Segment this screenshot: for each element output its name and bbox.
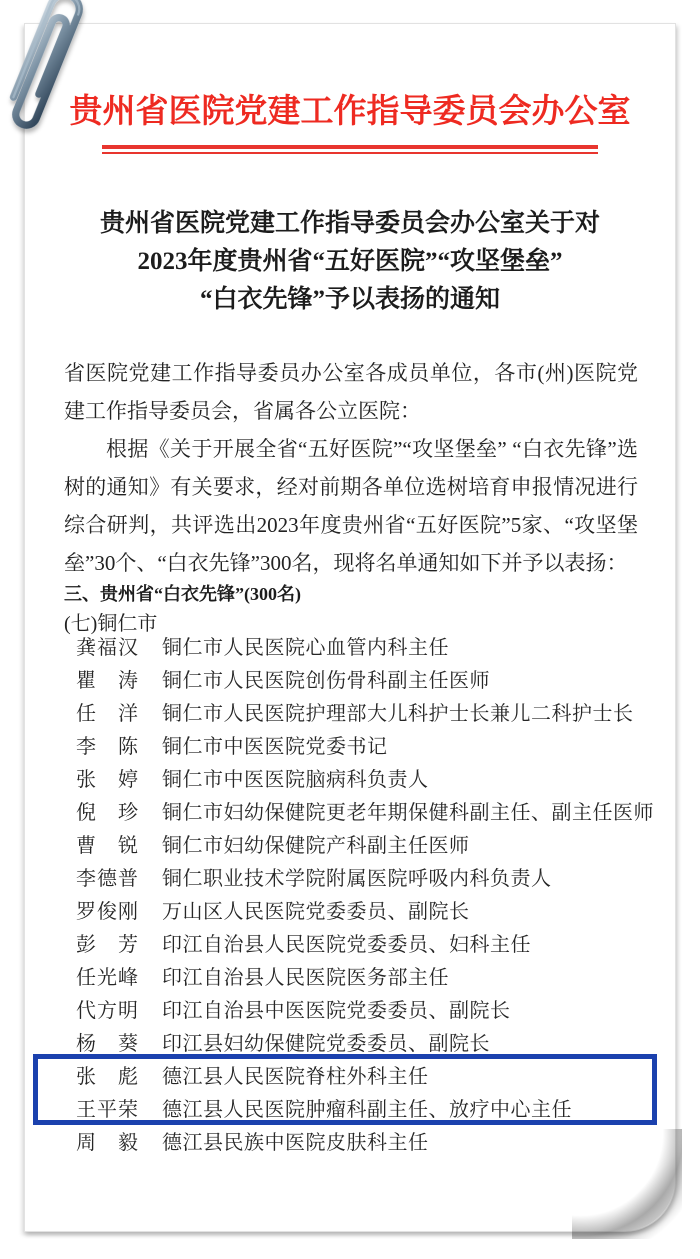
person-position: 印江自治县中医医院党委委员、副院长	[162, 1000, 511, 1022]
person-position: 铜仁市人民医院护理部大儿科护士长兼儿二科护士长	[162, 703, 634, 725]
notice-title-line-3: “白衣先锋”予以表扬的通知	[25, 281, 675, 319]
divider-thin-line	[102, 152, 598, 154]
person-position: 印江自治县人民医院医务部主任	[162, 967, 449, 989]
person-position: 印江县妇幼保健院党委委员、副院长	[162, 1033, 490, 1055]
roster-row: 曹 锐铜仁市妇幼保健院产科副主任医师	[64, 830, 654, 863]
person-name: 张 婷	[76, 764, 142, 797]
roster-row: 李德普铜仁职业技术学院附属医院呼吸内科负责人	[64, 863, 654, 896]
notice-title: 贵州省医院党建工作指导委员会办公室关于对 2023年度贵州省“五好医院”“攻坚堡…	[25, 205, 675, 319]
roster-row: 任 洋铜仁市人民医院护理部大儿科护士长兼儿二科护士长	[64, 698, 654, 731]
roster-row: 倪 珍铜仁市妇幼保健院更老年期保健科副主任、副主任医师	[64, 797, 654, 830]
person-position: 铜仁市人民医院创伤骨科副主任医师	[162, 670, 490, 692]
page-curl	[601, 1157, 675, 1231]
roster-row: 代方明印江自治县中医医院党委委员、副院长	[64, 995, 654, 1028]
roster-row: 周 毅德江县民族中医院皮肤科主任	[64, 1127, 654, 1160]
person-name: 任 洋	[76, 698, 142, 731]
person-position: 铜仁市人民医院心血管内科主任	[162, 637, 449, 659]
roster-row: 瞿 涛铜仁市人民医院创伤骨科副主任医师	[64, 665, 654, 698]
roster-row: 张 彪德江县人民医院脊柱外科主任	[64, 1061, 654, 1094]
body-paragraph: 根据《关于开展全省“五好医院”“攻坚堡垒” “白衣先锋”选树的通知》有关要求，经…	[64, 430, 638, 582]
person-name: 杨 葵	[76, 1028, 142, 1061]
notice-title-line-1: 贵州省医院党建工作指导委员会办公室关于对	[25, 205, 675, 243]
person-position: 德江县民族中医院皮肤科主任	[162, 1132, 429, 1154]
roster-row: 杨 葵印江县妇幼保健院党委委员、副院长	[64, 1028, 654, 1061]
roster-row: 张 婷铜仁市中医医院脑病科负责人	[64, 764, 654, 797]
person-name: 彭 芳	[76, 929, 142, 962]
person-position: 铜仁市中医医院脑病科负责人	[162, 769, 429, 791]
person-name: 张 彪	[76, 1061, 142, 1094]
person-position: 铜仁市妇幼保健院产科副主任医师	[162, 835, 470, 857]
roster-row: 任光峰印江自治县人民医院医务部主任	[64, 962, 654, 995]
roster-row: 龚福汉铜仁市人民医院心血管内科主任	[64, 632, 654, 665]
roster: 龚福汉铜仁市人民医院心血管内科主任瞿 涛铜仁市人民医院创伤骨科副主任医师任 洋铜…	[64, 632, 654, 1160]
document-scan: 贵州省医院党建工作指导委员会办公室 贵州省医院党建工作指导委员会办公室关于对 2…	[0, 0, 700, 1259]
notice-body: 省医院党建工作指导委员办公室各成员单位，各市(州)医院党建工作指导委员会，省属各…	[64, 354, 638, 582]
person-position: 铜仁职业技术学院附属医院呼吸内科负责人	[162, 868, 552, 890]
person-name: 倪 珍	[76, 797, 142, 830]
roster-row: 罗俊刚万山区人民医院党委委员、副院长	[64, 896, 654, 929]
person-name: 曹 锐	[76, 830, 142, 863]
person-name: 李 陈	[76, 731, 142, 764]
person-name: 代方明	[76, 995, 142, 1028]
person-position: 德江县人民医院肿瘤科副主任、放疗中心主任	[162, 1099, 572, 1121]
letterhead-divider	[102, 145, 598, 154]
person-position: 铜仁市妇幼保健院更老年期保健科副主任、副主任医师	[162, 802, 654, 824]
person-name: 罗俊刚	[76, 896, 142, 929]
person-name: 周 毅	[76, 1127, 142, 1160]
person-name: 任光峰	[76, 962, 142, 995]
roster-row: 彭 芳印江自治县人民医院党委委员、妇科主任	[64, 929, 654, 962]
person-name: 龚福汉	[76, 632, 142, 665]
section-heading: 三、贵州省“白衣先锋”(300名)	[64, 581, 301, 607]
paper-page: 贵州省医院党建工作指导委员会办公室 贵州省医院党建工作指导委员会办公室关于对 2…	[24, 23, 676, 1232]
person-name: 瞿 涛	[76, 665, 142, 698]
person-position: 德江县人民医院脊柱外科主任	[162, 1066, 429, 1088]
person-name: 李德普	[76, 863, 142, 896]
person-position: 万山区人民医院党委委员、副院长	[162, 901, 470, 923]
roster-row: 王平荣德江县人民医院肿瘤科副主任、放疗中心主任	[64, 1094, 654, 1127]
person-position: 印江自治县人民医院党委委员、妇科主任	[162, 934, 531, 956]
person-position: 铜仁市中医医院党委书记	[162, 736, 388, 758]
notice-title-line-2: 2023年度贵州省“五好医院”“攻坚堡垒”	[25, 243, 675, 281]
person-name: 王平荣	[76, 1094, 142, 1127]
salutation-paragraph: 省医院党建工作指导委员办公室各成员单位，各市(州)医院党建工作指导委员会，省属各…	[64, 354, 638, 430]
roster-row: 李 陈铜仁市中医医院党委书记	[64, 731, 654, 764]
letterhead-title: 贵州省医院党建工作指导委员会办公室	[25, 88, 675, 136]
